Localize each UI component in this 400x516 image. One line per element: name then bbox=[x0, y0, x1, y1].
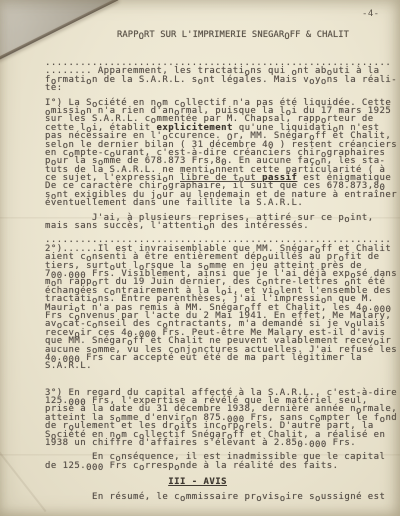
document-title: RAPPORT SUR L'IMPRIMERIE SNEGAROFF & CHA… bbox=[117, 30, 349, 40]
text-line: 1938 un chiffre d'affaires s'élevant à 2… bbox=[45, 439, 397, 447]
text-segment bbox=[45, 477, 168, 487]
text-line: té: bbox=[45, 84, 397, 92]
text-line: III - AVIS bbox=[45, 478, 397, 486]
text-segment: En résumé, le commissaire provisoire sou… bbox=[45, 492, 385, 504]
scanned-typewritten-page: { "page": { "page_number": "-4-", "title… bbox=[0, 0, 400, 516]
paragraph-point-1: I°) La Société en nom collectif n'a pas … bbox=[45, 99, 397, 208]
paragraph-conclusion: En conséquence, il est inadmissible que … bbox=[45, 453, 397, 470]
text-line: S.A.R.L. bbox=[45, 362, 397, 370]
paragraph-closing: En résumé, le commissaire provisoire sou… bbox=[45, 493, 397, 501]
text-segment: éventuellement dans une faillite la S.A.… bbox=[45, 198, 303, 208]
paragraph-point-2: ........................................… bbox=[45, 236, 397, 370]
paragraph-intro: ........................................… bbox=[45, 59, 397, 93]
paper-crease bbox=[0, 436, 46, 512]
document-body: ........................................… bbox=[45, 59, 397, 507]
text-line: En résumé, le commissaire provisoire sou… bbox=[45, 493, 397, 501]
text-segment: 1938 un chiffre d'affaires s'élevant à 2… bbox=[45, 438, 356, 450]
text-line: éventuellement dans une faillite la S.A.… bbox=[45, 199, 397, 207]
paragraph-section-heading: III - AVIS bbox=[45, 478, 397, 486]
text-line: de 125.000 Frs corresponde à la réalité … bbox=[45, 462, 397, 470]
text-segment: de 125.000 Frs corresponde à la réalité … bbox=[45, 461, 338, 473]
paragraph-remark: J'ai, à plusieurs reprises, attiré sur c… bbox=[45, 214, 397, 231]
text-line: formation de la S.A.R.L. sont légales. M… bbox=[45, 76, 397, 84]
paragraph-point-3: 3°) En regard du capital affecté à la S.… bbox=[45, 389, 397, 448]
text-segment: III - AVIS bbox=[168, 477, 227, 487]
page-number: -4- bbox=[362, 9, 379, 19]
text-segment: mais sans succès, l'attention des intére… bbox=[45, 221, 309, 233]
